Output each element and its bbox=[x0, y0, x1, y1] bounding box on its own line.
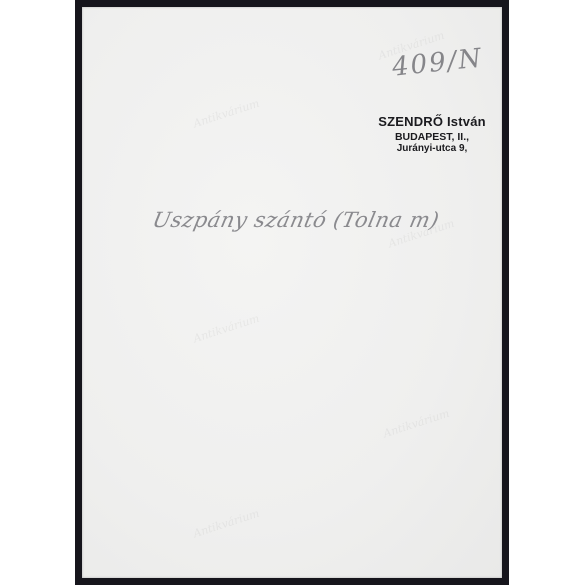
handwritten-caption: Uszpány szántó (Tolna m) bbox=[150, 208, 441, 232]
stamp-name: SZENDRŐ István bbox=[370, 114, 494, 129]
watermark: Antikvárium bbox=[192, 312, 261, 346]
watermark: Antikvárium bbox=[192, 97, 261, 131]
photo-back-paper: Antikvárium Antikvárium Antikvárium Anti… bbox=[82, 7, 502, 578]
stamp-street: Jurányi-utca 9, bbox=[370, 143, 494, 154]
watermark: Antikvárium bbox=[382, 407, 451, 441]
stamp-city: BUDAPEST, II., bbox=[370, 131, 494, 143]
watermark: Antikvárium bbox=[192, 507, 261, 541]
photographer-stamp: SZENDRŐ István BUDAPEST, II., Jurányi-ut… bbox=[370, 114, 494, 154]
